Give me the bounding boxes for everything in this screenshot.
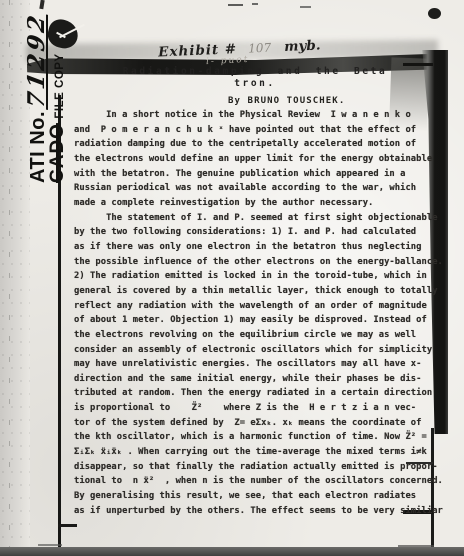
text-line: as if there was only one electron in the… xyxy=(74,240,432,255)
text-line: made a complete reinvestigation by the a… xyxy=(74,196,432,211)
text-line: consider an assembly of electronic oscil… xyxy=(74,343,432,358)
top-edge-mark xyxy=(300,6,311,8)
text-line: radiation damping due to the centripetal… xyxy=(74,137,432,152)
exhibit-number: 107 xyxy=(248,41,271,56)
text-line: the kth oscillator, which is a harmonic … xyxy=(74,430,432,445)
cado-file-copy-line: CADO FILE COPY xyxy=(48,5,70,183)
text-line: may have unrelativistic energies. The os… xyxy=(74,357,432,372)
text-line: tional to n ẍ² , when n is the number of… xyxy=(74,474,432,489)
ati-number-line: ATI No.71292 xyxy=(26,5,49,183)
text-line: Russian periodical was not available acc… xyxy=(74,181,432,196)
text-line: ΣᵢΣₖ ẍᵢẍₖ . When carrying out the time-a… xyxy=(74,445,432,460)
text-line: By generalising this result, we see, tha… xyxy=(74,489,432,504)
file-stamp: ATI No.71292 CADO FILE COPY xyxy=(26,5,70,183)
text-line: In a short notice in the Physical Review… xyxy=(74,108,432,123)
text-line: as if unperturbed by the others. The eff… xyxy=(74,504,432,519)
left-tick-mark xyxy=(58,524,77,527)
scanned-page: ATI No.71292 CADO FILE COPY Exhibit # 10… xyxy=(0,0,464,556)
top-edge-mark xyxy=(228,4,243,6)
cado-struck-label: CADO xyxy=(47,123,68,183)
left-smudge xyxy=(38,544,62,546)
bottom-scan-band xyxy=(0,547,464,556)
text-line: reflect any radiation with the wavelengt… xyxy=(74,299,432,314)
text-line: direction and the same initial energy, w… xyxy=(74,372,432,387)
text-line: general is covered by a thin metallic la… xyxy=(74,284,432,299)
text-line: by the two following considerations: 1) … xyxy=(74,225,432,240)
author-byline: By BRUNO TOUSCHEK. xyxy=(228,96,345,106)
paper-crease xyxy=(9,0,10,556)
text-line: is proportional to Z̈² where Z is the H … xyxy=(74,401,432,416)
title-block: Radiation-damping and the Beta tron. xyxy=(88,66,422,89)
exhibit-initials: myb. xyxy=(284,37,321,55)
punch-hole-mark xyxy=(428,8,441,19)
document-title-line2: tron. xyxy=(88,78,422,89)
text-line: tributed at random. Then the energy radi… xyxy=(74,386,432,401)
text-line: of about 1 meter. Objection 1) may easil… xyxy=(74,313,432,328)
text-line: the possible influence of the other elec… xyxy=(74,255,432,270)
ati-label: ATI No. xyxy=(27,111,49,183)
ati-number-handwritten: 71292 xyxy=(26,11,48,110)
text-line: and P o m e r a n c h u k ˣ have pointed… xyxy=(74,123,432,138)
text-line: tor of the system defined by Z= eΣxₖ. xₖ… xyxy=(74,416,432,431)
file-copy-label: FILE COPY xyxy=(54,53,66,118)
top-edge-mark xyxy=(252,3,258,5)
text-line: The statement of I. and P. seemed at fir… xyxy=(74,211,432,226)
text-line: the electrons revolving on the equilibri… xyxy=(74,328,432,343)
body-lines: In a short notice in the Physical Review… xyxy=(74,108,432,518)
document-title-line1: Radiation-damping and the Beta xyxy=(88,66,422,77)
text-line: with the betatron. The genuine publicati… xyxy=(74,167,432,182)
text-line: 2) The radiation emitted is locked in in… xyxy=(74,269,432,284)
text-line: the electrons would define an upper limi… xyxy=(74,152,432,167)
text-line: disappear, so that finally the radiation… xyxy=(74,460,432,475)
